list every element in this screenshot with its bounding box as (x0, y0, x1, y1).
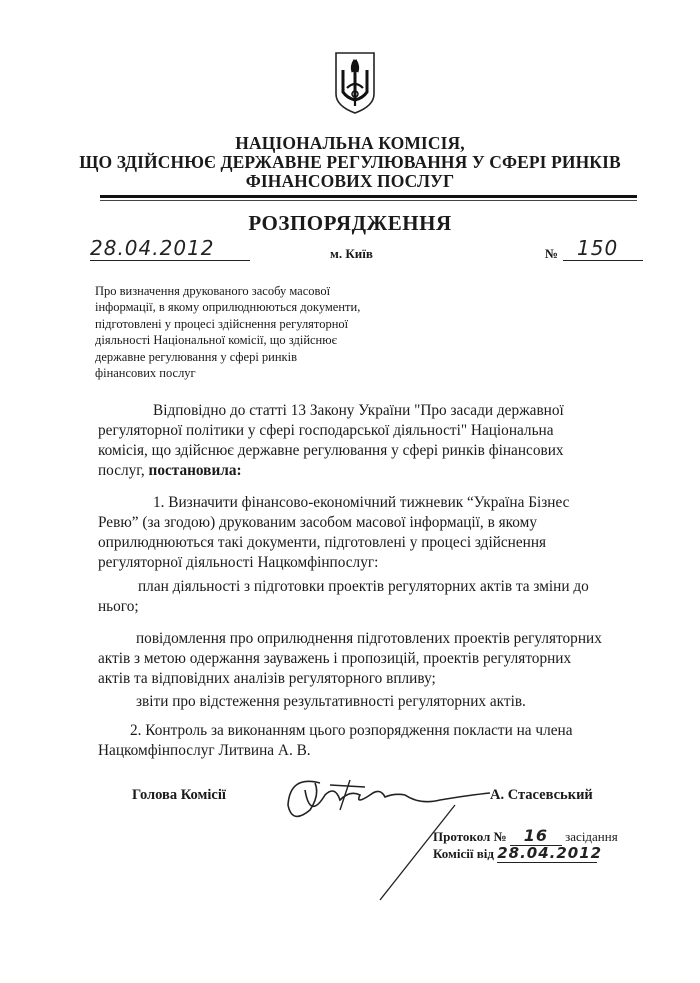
document-type-title: РОЗПОРЯДЖЕННЯ (0, 211, 700, 236)
item-2-paragraph: 2. Контроль за виконанням цього розпоряд… (98, 721, 640, 761)
resolved-word: постановила: (149, 462, 242, 479)
number-label: № (545, 246, 558, 262)
signatory-title: Голова Комісії (132, 787, 226, 804)
coat-of-arms-icon (333, 50, 377, 116)
subitem-plan: план діяльності з підготовки проектів ре… (98, 577, 640, 617)
subject-line: Про визначення друкованого засобу масово… (95, 283, 395, 299)
protocol-line-2: Комісії від 28.04.2012 (433, 844, 597, 863)
item-1-paragraph: 1. Визначити фінансово-економічний тижне… (98, 493, 640, 573)
subject-line: державне регулювання у сфері ринків (95, 349, 395, 365)
subject-line: підготовлені у процесі здійснення регуля… (95, 316, 395, 332)
number-field: 150 (563, 236, 643, 261)
subject-block: Про визначення друкованого засобу масово… (95, 283, 395, 381)
date-field: 28.04.2012 (90, 236, 250, 261)
number-handwritten: 150 (577, 236, 618, 260)
subject-line: інформації, в якому оприлюднюються докум… (95, 299, 395, 315)
signatory-name: А. Стасевський (490, 787, 593, 804)
org-name-line-3: ФІНАНСОВИХ ПОСЛУГ (0, 172, 700, 191)
org-name-line-1: НАЦІОНАЛЬНА КОМІСІЯ, (0, 134, 700, 153)
preamble-paragraph: Відповідно до статті 13 Закону України "… (98, 401, 640, 481)
subitem-notification: повідомлення про оприлюднення підготовле… (98, 629, 640, 689)
header-divider-thin (100, 200, 637, 201)
subject-line: діяльності Національної комісії, що здій… (95, 332, 395, 348)
city-label: м. Київ (330, 246, 373, 262)
protocol-number: 16 (524, 826, 548, 845)
document-page: НАЦІОНАЛЬНА КОМІСІЯ, ЩО ЗДІЙСНЮЄ ДЕРЖАВН… (0, 0, 700, 983)
date-handwritten: 28.04.2012 (90, 236, 215, 260)
protocol-line-1: Протокол № 16 засідання (433, 826, 618, 846)
org-name-line-2: ЩО ЗДІЙСНЮЄ ДЕРЖАВНЕ РЕГУЛЮВАННЯ У СФЕРІ… (0, 153, 700, 172)
header-divider-thick (100, 195, 637, 198)
protocol-date: 28.04.2012 (497, 844, 602, 862)
subitem-reports: звіти про відстеження результативності р… (98, 692, 640, 712)
subject-line: фінансових послуг (95, 365, 395, 381)
